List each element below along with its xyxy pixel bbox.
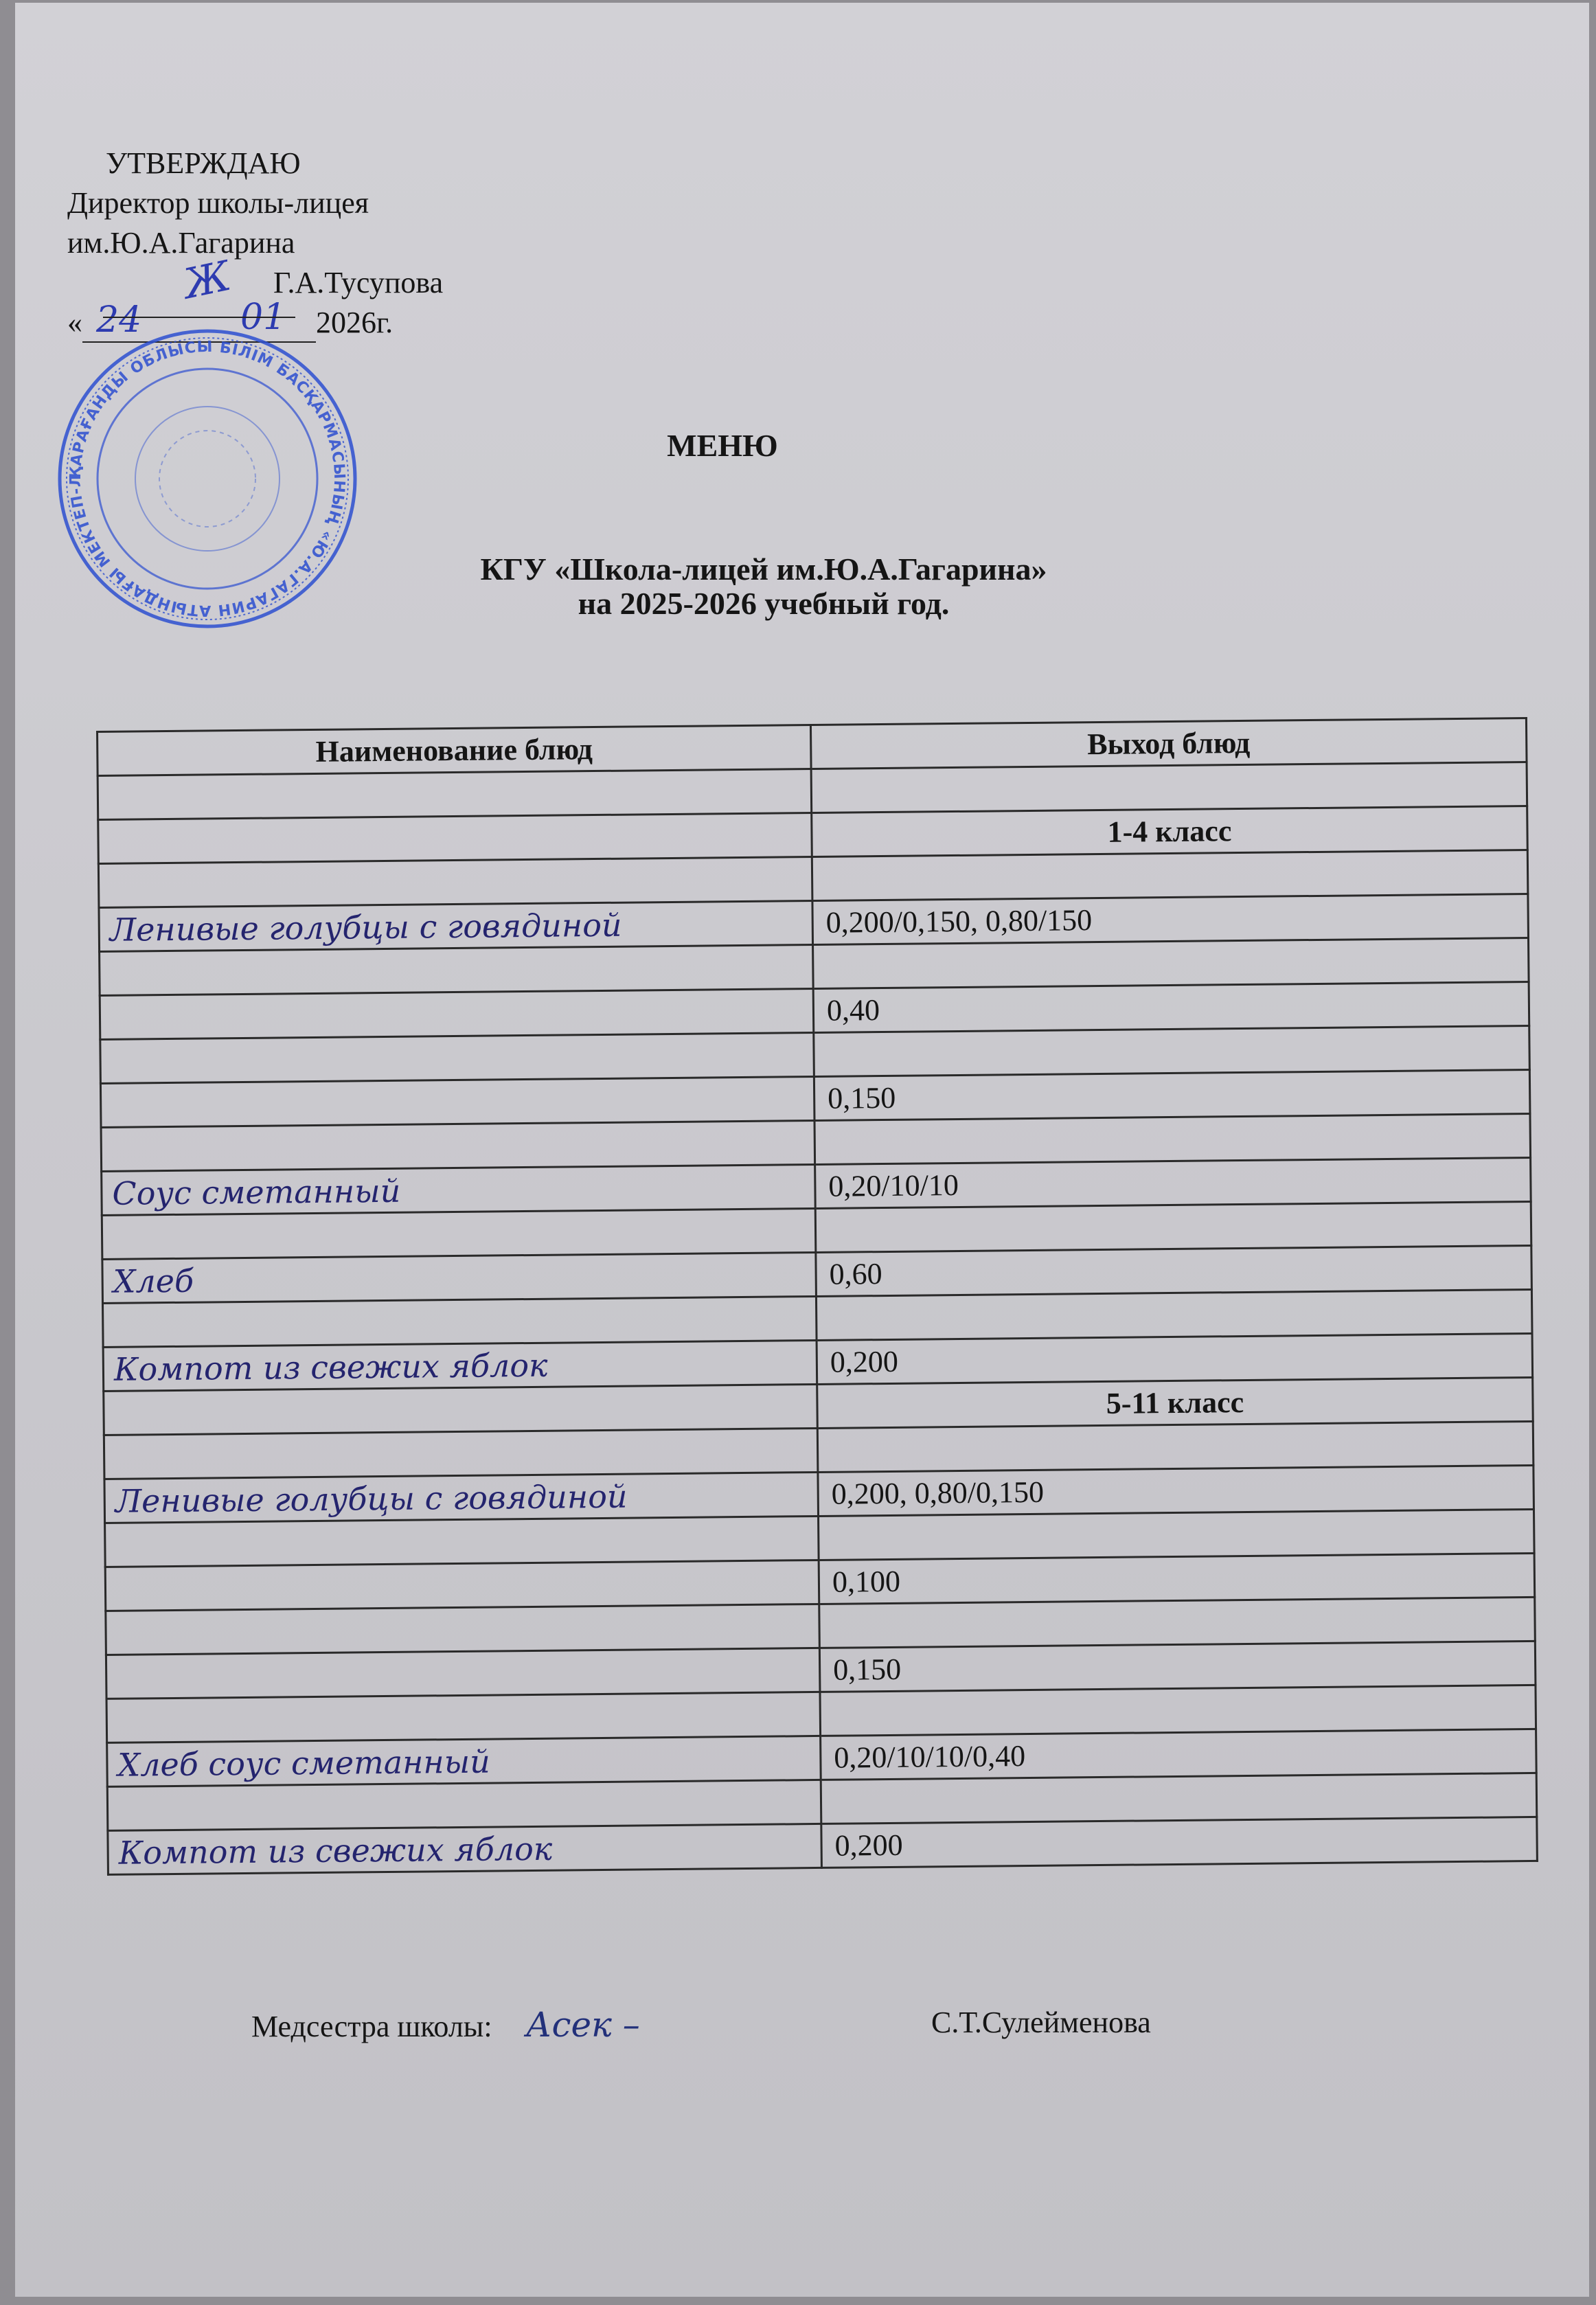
academic-year: на 2025-2026 учебный год.: [331, 585, 1196, 622]
dish-name-cell: Хлеб соус сметанный: [107, 1736, 821, 1786]
yield-cell: [820, 1685, 1536, 1736]
yield-cell: 0,150: [819, 1641, 1536, 1692]
grade-group-label: 1-4 класс: [812, 806, 1528, 857]
dish-name-cell: [100, 1032, 814, 1083]
yield-cell: 0,200/0,150, 0,80/150: [812, 894, 1529, 944]
dish-name-cell: [98, 857, 812, 908]
dish-name-cell: [100, 944, 814, 995]
yield-cell: [817, 1421, 1534, 1472]
director-signature: Ж: [181, 256, 234, 305]
yield-cell: [815, 1201, 1531, 1252]
dish-name-cell: [106, 1604, 820, 1655]
yield-cell: 0,60: [816, 1245, 1532, 1296]
dish-name-cell: [106, 1692, 821, 1742]
dish-name-cell: [98, 813, 812, 864]
yield-cell: [814, 1025, 1530, 1076]
signature-line: [103, 317, 295, 318]
yield-cell: 0,150: [814, 1069, 1530, 1120]
dish-name-cell: [102, 1208, 816, 1259]
yield-cell: 0,40: [813, 981, 1529, 1032]
dish-name-cell: Соус сметанный: [102, 1164, 816, 1215]
yield-cell: [816, 1289, 1532, 1340]
approval-title: УТВЕРЖДАЮ: [67, 144, 443, 183]
yield-cell: 0,100: [819, 1553, 1535, 1604]
dish-name-cell: Ленивые голубцы с говядиной: [104, 1472, 819, 1523]
dish-name-cell: [104, 1428, 818, 1479]
menu-table: Наименование блюд Выход блюд 1-4 классЛе…: [96, 717, 1538, 1876]
dish-name-cell: [100, 988, 814, 1039]
official-stamp-icon: ҚАРАҒАНДЫ ОБЛЫСЫ БІЛІМ БАСҚАРМАСЫНЫҢ «Ю.…: [53, 324, 362, 633]
nurse-signature: Асек –: [526, 2005, 640, 2045]
yield-cell: [814, 1113, 1531, 1164]
dish-name-cell: [107, 1780, 821, 1830]
dish-name-cell: Хлеб: [102, 1252, 817, 1303]
dish-name-cell: Компот из свежих яблок: [103, 1340, 817, 1391]
nurse-label: Медсестра школы:: [251, 2009, 492, 2044]
dish-name-cell: [105, 1560, 819, 1611]
yield-cell: [821, 1773, 1537, 1824]
dish-name-cell: [106, 1648, 820, 1699]
yield-cell: [812, 850, 1528, 901]
approval-block: УТВЕРЖДАЮ Директор школы-лицея им.Ю.А.Га…: [67, 144, 443, 343]
dish-name-cell: Ленивые голубцы с говядиной: [99, 901, 813, 952]
dish-name-cell: [100, 1076, 814, 1127]
director-position-line1: Директор школы-лицея: [67, 183, 443, 223]
document-page: УТВЕРЖДАЮ Директор школы-лицея им.Ю.А.Га…: [15, 3, 1589, 2297]
yield-cell: 0,20/10/10: [815, 1157, 1531, 1208]
menu-table-body: 1-4 классЛенивые голубцы с говядиной0,20…: [98, 762, 1537, 1875]
column-header-yield: Выход блюд: [810, 718, 1527, 769]
yield-cell: 0,200, 0,80/0,150: [818, 1465, 1534, 1516]
organization-name: КГУ «Школа-лицей им.Ю.А.Гагарина»: [331, 551, 1196, 587]
yield-cell: [813, 938, 1529, 988]
yield-cell: [819, 1597, 1536, 1648]
yield-cell: 0,200: [817, 1333, 1533, 1384]
document-title: МЕНЮ: [400, 427, 1045, 464]
director-position-line2: им.Ю.А.Гагарина: [67, 223, 443, 263]
grade-group-label: 5-11 класс: [817, 1377, 1534, 1428]
dish-name-cell: [98, 769, 812, 820]
column-header-dish: Наименование блюд: [98, 725, 812, 776]
dish-name-cell: [103, 1296, 817, 1347]
yield-cell: 0,20/10/10/0,40: [821, 1729, 1537, 1780]
dish-name-cell: Компот из свежих яблок: [108, 1824, 822, 1874]
nurse-name: С.Т.Сулейменова: [931, 2005, 1151, 2040]
dish-name-cell: [104, 1384, 818, 1435]
yield-cell: [819, 1509, 1535, 1560]
dish-name-cell: [101, 1120, 815, 1171]
dish-name-cell: [105, 1516, 819, 1567]
nurse-signature-block: Медсестра школы: Асек – С.Т.Сулейменова: [251, 2005, 1281, 2045]
yield-cell: [811, 762, 1527, 813]
yield-cell: 0,200: [821, 1817, 1538, 1867]
